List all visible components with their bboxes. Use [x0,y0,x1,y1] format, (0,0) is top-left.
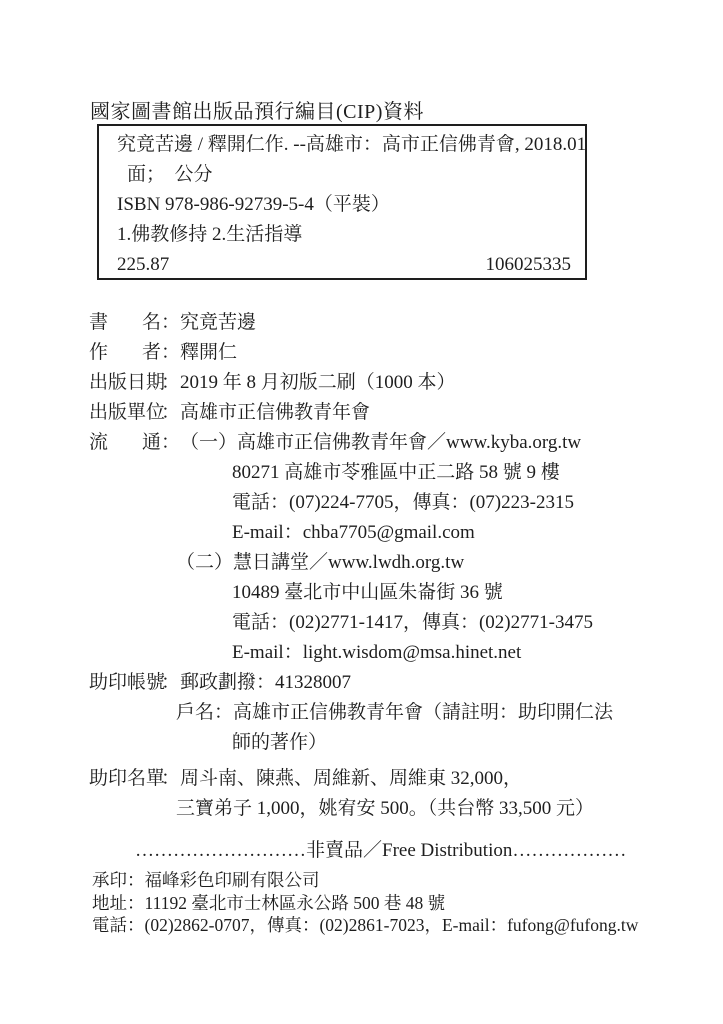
donor-list-line1: 周斗南、陳燕、周維新、周維東 32,000， [180,768,522,789]
colophon-page: 國家圖書館出版品預行編目(CIP)資料 究竟苦邊 / 釋開仁作. --高雄市：高… [0,0,723,1024]
field-colon: ： [127,915,145,935]
field-value: 福峰彩色印刷有限公司 [145,870,320,890]
field-label: 助印帳號 [89,668,161,698]
field-value: 究竟苦邊 [180,312,256,333]
field-value: 2019 年 8 月初版二刷（1000 本） [180,372,456,393]
cip-class-number: 225.87 [117,250,169,280]
cip-title-statement: 究竟苦邊 / 釋開仁作. --高雄市：高市正信佛青會, 2018.01 [117,130,571,160]
field-value: 釋開仁 [180,342,237,363]
field-value: 郵政劃撥：41328007 [180,672,351,693]
field-value: (02)2862-0707，傳真：(02)2861-7023，E-mail：fu… [145,915,639,935]
field-author: 作者：釋開仁 [89,338,649,368]
field-label: 電話 [92,915,127,935]
field-colon: ： [161,668,180,698]
field-value: 高雄市正信佛教青年會 [180,402,370,423]
field-label: 流通 [89,428,161,458]
distribution-2-title: （二）慧日講堂／www.lwdh.org.tw [89,548,649,578]
printer-info: 承印：福峰彩色印刷有限公司 地址：11192 臺北市士林區永公路 500 巷 4… [92,869,638,937]
cip-extent: 面； 公分 [117,160,571,190]
cip-numbers-row: 225.87 106025335 [117,250,571,280]
field-donor-list: 助印名單：周斗南、陳燕、周維新、周維東 32,000， [89,764,649,794]
free-distribution-line: ………………………非賣品／Free Distribution……………… [135,836,649,866]
field-label: 書名 [89,308,161,338]
field-colon: ： [127,870,145,890]
printer-contact-row: 電話：(02)2862-0707，傳真：(02)2861-7023，E-mail… [92,914,638,937]
field-colon: ： [161,368,180,398]
field-value: 11192 臺北市士林區永公路 500 巷 48 號 [145,893,446,913]
cip-isbn: ISBN 978-986-92739-5-4（平裝） [117,190,571,220]
field-colon: ： [161,308,180,338]
distribution-2-phone-fax: 電話：(02)2771-1417，傳真：(02)2771-3475 [89,608,649,638]
field-label: 出版日期 [89,368,161,398]
publication-info: 書名：究竟苦邊 作者：釋開仁 出版日期：2019 年 8 月初版二刷（1000 … [89,308,649,866]
field-colon: ： [127,893,145,913]
field-colon: ： [161,764,180,794]
field-label: 地址 [92,893,127,913]
donor-list-line2: 三寶弟子 1,000，姚宥安 500。（共台幣 33,500 元） [89,794,649,824]
distribution-1-address: 80271 高雄市苓雅區中正二路 58 號 9 樓 [89,458,649,488]
field-pub-date: 出版日期：2019 年 8 月初版二刷（1000 本） [89,368,649,398]
field-label: 作者 [89,338,161,368]
distribution-1-email: E-mail：chba7705@gmail.com [89,518,649,548]
cip-subjects: 1.佛教修持 2.生活指導 [117,220,571,250]
field-donation-account: 助印帳號：郵政劃撥：41328007 [89,668,649,698]
printer-address-row: 地址：11192 臺北市士林區永公路 500 巷 48 號 [92,892,638,915]
cip-record-number: 106025335 [486,250,572,280]
printer-name-row: 承印：福峰彩色印刷有限公司 [92,869,638,892]
distribution-1-title: （一）高雄市正信佛教青年會／www.kyba.org.tw [180,432,581,453]
field-label: 承印 [92,870,127,890]
field-colon: ： [161,338,180,368]
field-colon: ： [161,428,180,458]
field-label: 助印名單 [89,764,161,794]
distribution-2-address: 10489 臺北市中山區朱崙街 36 號 [89,578,649,608]
cip-box: 究竟苦邊 / 釋開仁作. --高雄市：高市正信佛青會, 2018.01 面； 公… [97,124,587,280]
field-book-title: 書名：究竟苦邊 [89,308,649,338]
field-publisher: 出版單位：高雄市正信佛教青年會 [89,398,649,428]
distribution-1-phone-fax: 電話：(07)224-7705，傳真：(07)223-2315 [89,488,649,518]
field-distribution: 流通：（一）高雄市正信佛教青年會／www.kyba.org.tw [89,428,649,458]
cip-heading: 國家圖書館出版品預行編目(CIP)資料 [90,95,424,124]
field-label: 出版單位 [89,398,161,428]
donation-account-holder-line1: 戶名：高雄市正信佛教青年會（請註明：助印開仁法 [89,698,649,728]
field-colon: ： [161,398,180,428]
donation-account-holder-line2: 師的著作） [89,728,649,758]
distribution-2-email: E-mail：light.wisdom@msa.hinet.net [89,638,649,668]
